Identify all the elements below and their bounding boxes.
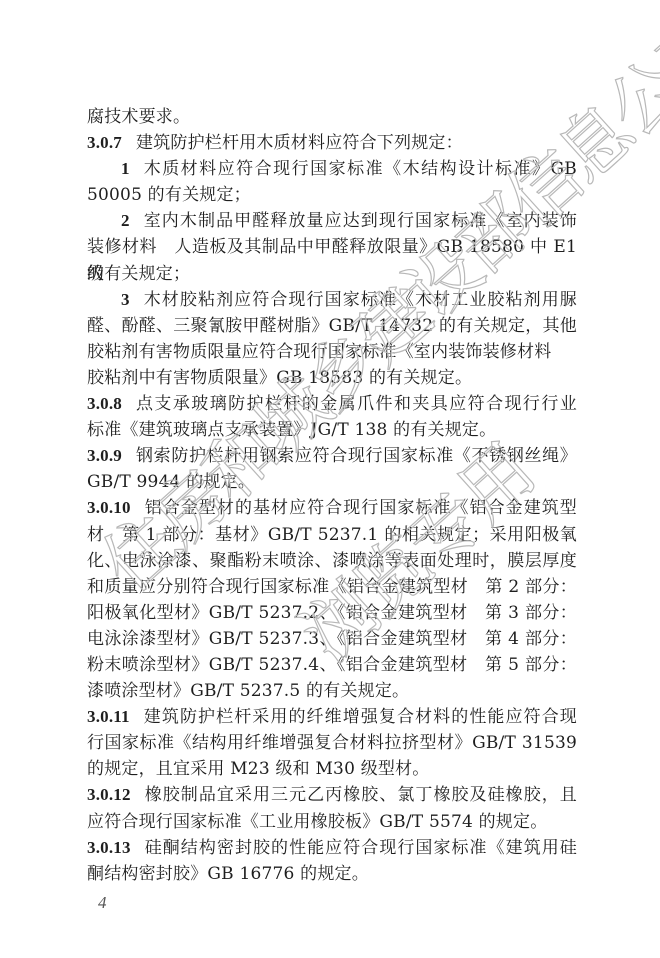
clause-number: 3.0.8 [87,391,122,417]
line-text: 电泳涂漆型材》GB/T 5237.3、《铝合金建筑型材 第 4 部分： [87,626,577,652]
text-line: 50005 的有关规定； [87,182,577,208]
line-text: 铝合金型材的基材应符合现行国家标准《铝合金建筑型 [145,495,577,521]
line-text: 阳极氧化型材》GB/T 5237.2、《铝合金建筑型材 第 3 部分： [87,600,577,626]
line-text: 行国家标准《结构用纤维增强复合材料拉挤型材》GB/T 31539 [87,730,577,756]
clause-line: 3.0.7建筑防护栏杆用木质材料应符合下列规定： [87,130,577,156]
clause-number: 3.0.10 [87,495,131,521]
line-text: 胶粘剂有害物质限量应符合现行国家标准《室内装饰装修材料 [87,342,551,362]
line-text: 50005 的有关规定； [87,185,251,205]
text-line: 行国家标准《结构用纤维增强复合材料拉挤型材》GB/T 31539 [87,730,577,756]
text-line: 和质量应分别符合现行国家标准《铝合金建筑型材 第 2 部分： [87,574,577,600]
text-line: 腐技术要求。 [87,104,577,130]
clause-number: 3.0.9 [87,443,122,469]
list-item-line: 1木质材料应符合现行国家标准《木结构设计标准》GB [87,156,577,182]
text-line: 胶粘剂有害物质限量应符合现行国家标准《室内装饰装修材料 [87,339,577,365]
list-item-line: 2室内木制品甲醛释放量应达到现行国家标准《室内装饰 [87,208,577,234]
text-line: 标准《建筑玻璃点支承装置》JG/T 138 的有关规定。 [87,417,577,443]
text-line: 粉末喷涂型材》GB/T 5237.4、《铝合金建筑型材 第 5 部分： [87,652,577,678]
text-line: 胶粘剂中有害物质限量》GB 18583 的有关规定。 [87,365,577,391]
line-text: 装修材料 人造板及其制品中甲醛释放限量》GB 18580 中 E1 级 [87,234,577,260]
clause-line: 3.0.9钢索防护栏杆用钢索应符合现行国家标准《不锈钢丝绳》 [87,443,577,469]
clause-number: 3.0.12 [87,782,131,808]
line-text: 硅酮结构密封胶的性能应符合现行国家标准《建筑用硅 [145,835,577,861]
line-text: 标准《建筑玻璃点支承装置》JG/T 138 的有关规定。 [87,420,496,440]
line-text: 钢索防护栏杆用钢索应符合现行国家标准《不锈钢丝绳》 [136,443,577,469]
clause-number: 3.0.11 [87,704,130,730]
text-line: 的有关规定； [87,261,577,287]
text-line: 化、电泳涂漆、聚酯粉末喷涂、漆喷涂等表面处理时，膜层厚度 [87,548,577,574]
line-text: 建筑防护栏杆用木质材料应符合下列规定： [136,133,463,153]
clause-line: 3.0.13硅酮结构密封胶的性能应符合现行国家标准《建筑用硅 [87,835,577,861]
text-line: 装修材料 人造板及其制品中甲醛释放限量》GB 18580 中 E1 级 [87,234,577,260]
line-text: 木材胶粘剂应符合现行国家标准《木材工业胶粘剂用脲 [144,287,577,313]
text-line: 酮结构密封胶》GB 16776 的规定。 [87,861,577,887]
clause-line: 3.0.12橡胶制品宜采用三元乙丙橡胶、氯丁橡胶及硅橡胶，且 [87,782,577,808]
line-text: GB/T 9944 的规定。 [87,472,255,492]
clause-number: 3.0.7 [87,133,122,152]
line-text: 胶粘剂中有害物质限量》GB 18583 的有关规定。 [87,368,472,388]
line-text: 漆喷涂型材》GB/T 5237.5 的有关规定。 [87,681,409,701]
line-text: 酮结构密封胶》GB 16776 的规定。 [87,864,369,884]
text-line: 醛、酚醛、三聚氰胺甲醛树脂》GB/T 14732 的有关规定，其他 [87,313,577,339]
line-text: 的有关规定； [87,264,190,284]
line-text: 醛、酚醛、三聚氰胺甲醛树脂》GB/T 14732 的有关规定，其他 [87,313,577,339]
line-text: 材 第 1 部分：基材》GB/T 5237.1 的相关规定；采用阳极氧 [87,522,577,548]
list-item-number: 1 [121,156,130,182]
list-item-line: 3木材胶粘剂应符合现行国家标准《木材工业胶粘剂用脲 [87,287,577,313]
line-text: 点支承玻璃防护栏杆的金属爪件和夹具应符合现行行业 [136,391,577,417]
text-line: 的规定，且宜采用 M23 级和 M30 级型材。 [87,756,577,782]
text-line: 电泳涂漆型材》GB/T 5237.3、《铝合金建筑型材 第 4 部分： [87,626,577,652]
clause-line: 3.0.11建筑防护栏杆采用的纤维增强复合材料的性能应符合现 [87,704,577,730]
line-text: 应符合现行国家标准《工业用橡胶板》GB/T 5574 的规定。 [87,812,547,832]
list-item-number: 3 [121,287,130,313]
line-text: 橡胶制品宜采用三元乙丙橡胶、氯丁橡胶及硅橡胶，且 [145,782,577,808]
clause-line: 3.0.10铝合金型材的基材应符合现行国家标准《铝合金建筑型 [87,495,577,521]
line-text: 木质材料应符合现行国家标准《木结构设计标准》GB [144,156,577,182]
clause-number: 3.0.13 [87,835,131,861]
line-text: 建筑防护栏杆采用的纤维增强复合材料的性能应符合现 [144,704,577,730]
clause-line: 3.0.8点支承玻璃防护栏杆的金属爪件和夹具应符合现行行业 [87,391,577,417]
line-text: 腐技术要求。 [87,107,190,127]
line-text: 粉末喷涂型材》GB/T 5237.4、《铝合金建筑型材 第 5 部分： [87,652,577,678]
text-line: 阳极氧化型材》GB/T 5237.2、《铝合金建筑型材 第 3 部分： [87,600,577,626]
line-text: 室内木制品甲醛释放量应达到现行国家标准《室内装饰 [144,208,577,234]
line-text: 化、电泳涂漆、聚酯粉末喷涂、漆喷涂等表面处理时，膜层厚度 [87,548,577,574]
document-body: 腐技术要求。3.0.7建筑防护栏杆用木质材料应符合下列规定：1木质材料应符合现行… [87,104,577,887]
text-line: GB/T 9944 的规定。 [87,469,577,495]
line-text: 和质量应分别符合现行国家标准《铝合金建筑型材 第 2 部分： [87,574,577,600]
text-line: 材 第 1 部分：基材》GB/T 5237.1 的相关规定；采用阳极氧 [87,522,577,548]
text-line: 应符合现行国家标准《工业用橡胶板》GB/T 5574 的规定。 [87,809,577,835]
text-line: 漆喷涂型材》GB/T 5237.5 的有关规定。 [87,678,577,704]
line-text: 的规定，且宜采用 M23 级和 M30 级型材。 [87,759,430,779]
page-number: 4 [98,893,107,913]
list-item-number: 2 [121,208,130,234]
